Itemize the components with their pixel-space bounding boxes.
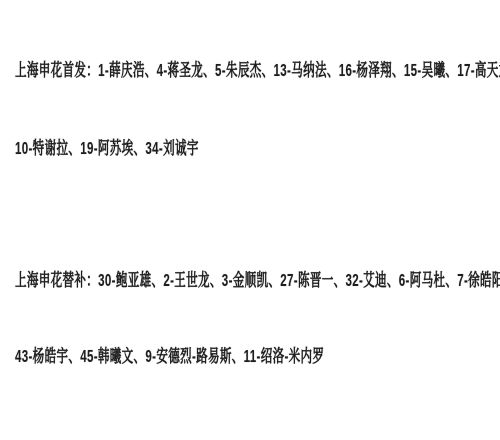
substitutes-line-1: 上海申花替补：30-鲍亚雄、2-王世龙、3-金顺凯、27-陈晋一、32-艾迪、6… bbox=[15, 268, 500, 292]
substitutes-line-2: 43-杨皓宇、45-韩曦文、9-安德烈-路易斯、11-绍洛-米内罗 bbox=[15, 344, 500, 368]
substitutes-line-2-text: 43-杨皓宇、45-韩曦文、9-安德烈-路易斯、11-绍洛-米内罗 bbox=[15, 344, 324, 368]
starters-line-1-text: 上海申花首发：1-薛庆浩、4-蒋圣龙、5-朱辰杰、13-马纳法、16-杨泽翔、1… bbox=[15, 58, 500, 82]
starters-line-2-text: 10-特谢拉、19-阿苏埃、34-刘诚宇 bbox=[15, 136, 199, 160]
starters-line-2: 10-特谢拉、19-阿苏埃、34-刘诚宇 bbox=[15, 136, 500, 160]
substitutes-paragraph: 上海申花替补：30-鲍亚雄、2-王世龙、3-金顺凯、27-陈晋一、32-艾迪、6… bbox=[15, 268, 500, 368]
substitutes-line-1-text: 上海申花替补：30-鲍亚雄、2-王世龙、3-金顺凯、27-陈晋一、32-艾迪、6… bbox=[15, 268, 500, 292]
starters-line-1: 上海申花首发：1-薛庆浩、4-蒋圣龙、5-朱辰杰、13-马纳法、16-杨泽翔、1… bbox=[15, 58, 500, 82]
starters-paragraph: 上海申花首发：1-薛庆浩、4-蒋圣龙、5-朱辰杰、13-马纳法、16-杨泽翔、1… bbox=[15, 58, 500, 160]
article-page: 上海申花首发：1-薛庆浩、4-蒋圣龙、5-朱辰杰、13-马纳法、16-杨泽翔、1… bbox=[0, 0, 500, 440]
